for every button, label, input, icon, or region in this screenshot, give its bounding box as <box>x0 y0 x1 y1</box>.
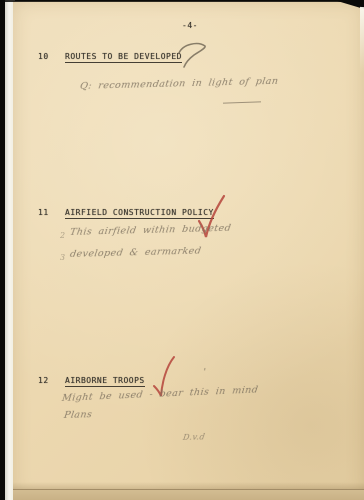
pencil-note-item11-line2: developed & earmarked <box>69 246 202 260</box>
pencil-apostrophe-mark: ' <box>202 367 207 378</box>
item-12-heading: AIRBORNE TROOPS <box>65 376 145 387</box>
pencil-prefix-b: 3 <box>60 253 65 262</box>
item-11-number: 11 <box>38 208 49 217</box>
document-page: -4- 10 ROUTES TO BE DEVELOPED Q: recomme… <box>13 1 364 500</box>
pencil-question-mark-icon <box>176 39 210 73</box>
pencil-prefix-a: 2 <box>60 231 65 240</box>
paper-right-edge-highlight <box>360 7 364 73</box>
pencil-note-item12-line2: Plans <box>63 409 93 421</box>
pencil-underline <box>223 101 261 103</box>
red-checkmark-icon <box>191 191 229 243</box>
page-number: -4- <box>182 21 198 30</box>
item-10-heading: ROUTES TO BE DEVELOPED <box>65 52 182 63</box>
scanned-document-photo: -4- 10 ROUTES TO BE DEVELOPED Q: recomme… <box>0 0 364 500</box>
pencil-initials: D.v.d <box>182 432 205 442</box>
scan-top-edge <box>0 0 364 2</box>
item-10-number: 10 <box>38 52 49 61</box>
pencil-note-item10: Q: recommendation in light of plan <box>79 76 279 92</box>
item-12-number: 12 <box>38 376 49 385</box>
paper-bottom-edge-band <box>13 489 364 500</box>
